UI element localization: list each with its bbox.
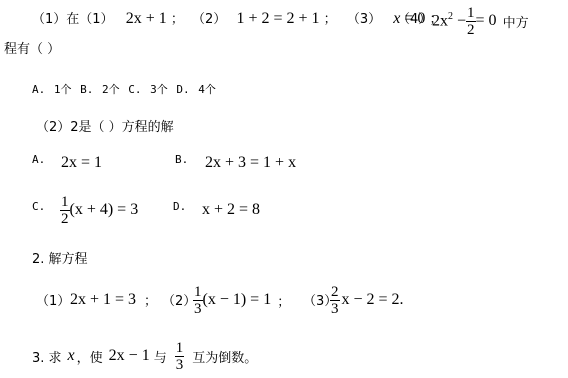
s3-line: 3. 求 x ，使 2x − 1 与 1 3 互为倒数。 — [32, 336, 257, 376]
s2-p1-sep: ； — [144, 290, 157, 309]
q2-option-b-label: B. — [175, 153, 188, 166]
fraction-numerator: 1 — [466, 5, 476, 22]
fraction-denominator: 3 — [193, 301, 203, 317]
fraction-numerator: 1 — [193, 284, 203, 301]
q1-label4: （4） — [397, 8, 431, 27]
fraction-denominator: 3 — [330, 301, 340, 317]
q2-option-a-label: A. — [32, 153, 45, 166]
q1-expr4-minus: − — [453, 13, 466, 30]
s2-p3-rest: x − 2 = 2. — [342, 291, 404, 309]
s2-title: 2. 解方程 — [32, 248, 88, 267]
s3-fraction: 1 3 — [175, 340, 185, 373]
q1-label3: （3） — [347, 12, 381, 27]
q1-expr2: 1 + 2 = 2 + 1 — [236, 10, 319, 27]
q1-expr4-term: 2x — [432, 13, 448, 30]
q2-option-d-expr: x + 2 = 8 — [202, 201, 260, 219]
s2-p2-label: （2） — [162, 290, 196, 309]
s3-mid: ，使 — [77, 347, 103, 366]
fraction-numerator: 2 — [330, 284, 340, 301]
fraction-denominator: 3 — [175, 357, 185, 373]
fraction-denominator: 2 — [466, 22, 476, 38]
q1-sep1: ； — [171, 12, 184, 27]
q2-option-b-expr: 2x + 3 = 1 + x — [205, 154, 296, 172]
s2-p2-fraction: 1 3 — [193, 284, 203, 317]
q2-option-d-label: D. — [173, 200, 186, 213]
q2-option-c-label: C. — [32, 200, 45, 213]
s3-prefix: 3. 求 — [32, 347, 62, 366]
q2-title: （2）2是（ ）方程的解 — [36, 116, 174, 135]
q1-expr4-fraction: 1 2 — [466, 5, 476, 38]
q1-expr1: 2x + 1 — [126, 10, 167, 27]
q1-sep2: ； — [324, 12, 337, 27]
s3-with: 与 — [154, 347, 167, 366]
s2-p2-expr: 1 3 (x − 1) = 1 ； — [193, 278, 290, 322]
q1-options: A. 1个 B. 2个 C. 3个 D. 4个 — [32, 81, 216, 97]
fraction-numerator: 1 — [175, 340, 185, 357]
q1-intro: （1）在（1） — [32, 12, 114, 27]
s3-expr: 2x − 1 — [109, 347, 150, 365]
s2-p1-label: （1） — [36, 290, 70, 309]
q2-option-a-expr: 2x = 1 — [61, 154, 102, 172]
s2-p3-expr: 2 3 x − 2 = 2. — [330, 278, 404, 322]
fraction-numerator: 1 — [60, 194, 70, 211]
q1-expr4-tail: = 0 — [476, 12, 497, 30]
s3-suffix: 互为倒数。 — [192, 347, 257, 366]
q1-label2: （2） — [192, 12, 226, 27]
q1-tail: 中方 — [503, 12, 529, 31]
s2-p1-expr: 2x + 1 = 3 — [70, 291, 136, 309]
q2-option-c-fraction: 1 2 — [60, 194, 70, 227]
q1-line2: 程有（ ） — [4, 38, 60, 57]
s2-p2-rest: (x − 1) = 1 — [203, 291, 272, 309]
s2-p3-fraction: 2 3 — [330, 284, 340, 317]
q2-option-c-rest: (x + 4) = 3 — [70, 201, 139, 219]
s2-p2-sep: ； — [277, 291, 290, 310]
q1-line1: （1）在（1） 2x + 1 ； （2） 1 + 2 = 2 + 1 ； （3）… — [32, 8, 443, 28]
fraction-denominator: 2 — [60, 211, 70, 227]
q1-expr4: 2x2 − 1 2 = 0 中方 — [432, 1, 529, 41]
q2-option-c-expr: 1 2 (x + 4) = 3 — [60, 190, 138, 230]
s3-var: x — [68, 347, 75, 364]
